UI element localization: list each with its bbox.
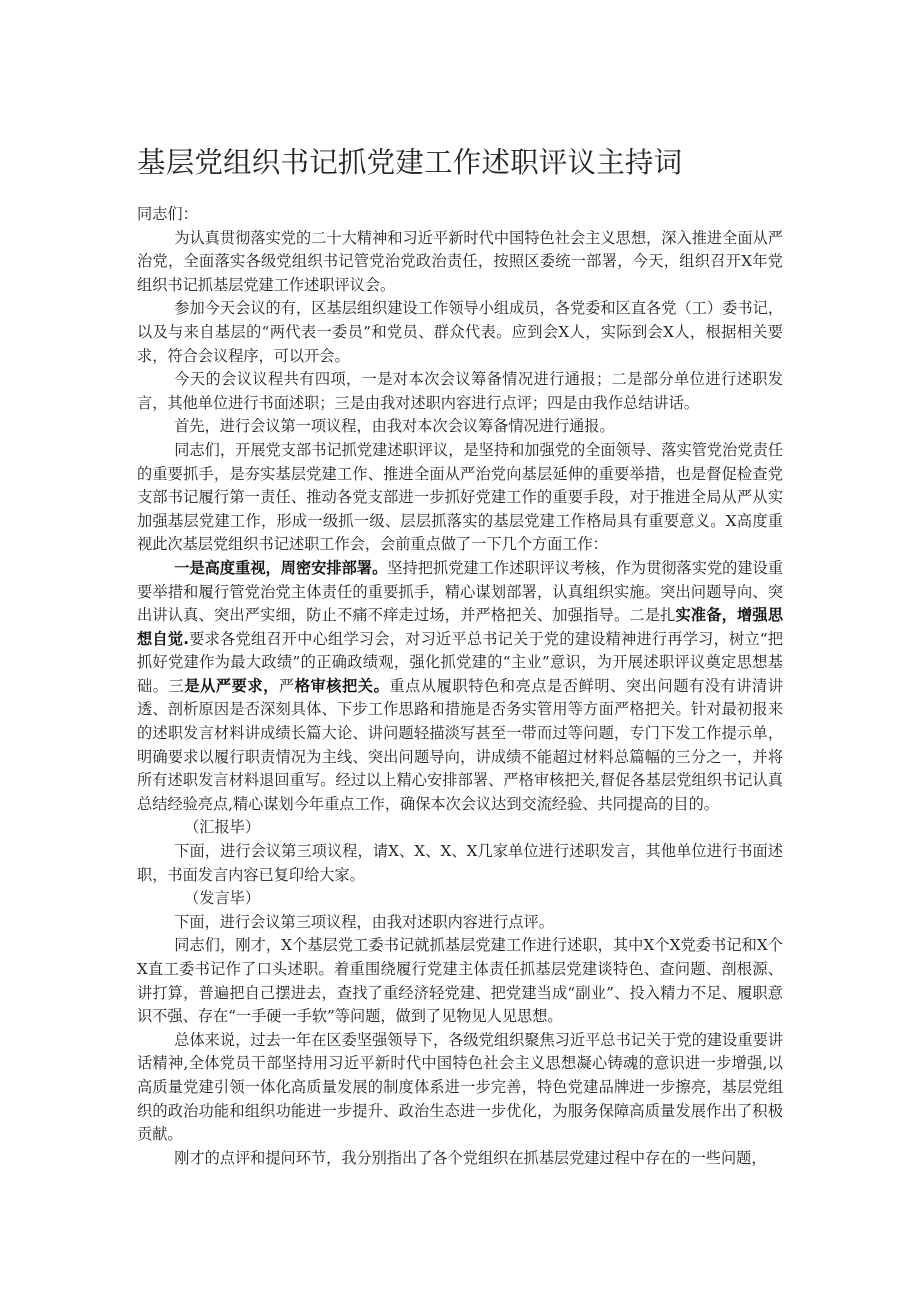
salutation: 同志们：: [137, 203, 783, 227]
paragraph-opening: 为认真贯彻落实党的二十大精神和习近平新时代中国特色社会主义思想，深入推进全面从严…: [137, 227, 783, 298]
note-report-finished: （汇报毕）: [137, 816, 783, 840]
document-page: 基层党组织书记抓党建工作述职评议主持词 同志们： 为认真贯彻落实党的二十大精神和…: [137, 143, 783, 1170]
bold-heading-three-a: 是从严要求，: [184, 677, 279, 695]
paragraph-first-item: 首先，进行会议第一项议程，由我对本次会议筹备情况进行通报。: [137, 415, 783, 439]
paragraph-attendees: 参加今天会议的有，区基层组织建设工作领导小组成员，各党委和区直各党（工）委书记，…: [137, 297, 783, 368]
paragraph-overall: 总体来说，过去一年在区委坚强领导下，各级党组织聚焦习近平总书记关于党的建设重要讲…: [137, 1029, 783, 1147]
preparation-text-three: 严: [279, 677, 295, 695]
paragraph-preparation-work: 一是高度重视，周密安排部署。坚持把抓党建工作述职评议考核，作为贯彻落实党的建设重…: [137, 557, 783, 817]
note-speech-finished: （发言毕）: [137, 887, 783, 911]
paragraph-significance: 同志们，开展党支部书记抓党建述职评议，是坚持和加强党的全面领导、落实管党治党责任…: [137, 439, 783, 557]
paragraph-speeches: 下面，进行会议第三项议程，请X、X、X、X几家单位进行述职发言，其他单位进行书面…: [137, 840, 783, 887]
paragraph-review-summary: 同志们，刚才，X个基层党工委书记就抓基层党建工作进行述职，其中X个X党委书记和X…: [137, 934, 783, 1028]
bold-heading-one: 一是高度重视，周密安排部署。: [174, 559, 387, 577]
paragraph-agenda: 今天的会议议程共有四项，一是对本次会议筹备情况进行通报；二是部分单位进行述职发言…: [137, 368, 783, 415]
preparation-text-four: 重点从履职特色和亮点是否鲜明、突出问题有没有讲清讲透、剖析原因是否深刻具体、下步…: [137, 677, 783, 813]
paragraph-review-item: 下面，进行会议第三项议程，由我对述职内容进行点评。: [137, 911, 783, 935]
document-title: 基层党组织书记抓党建工作述职评议主持词: [137, 143, 783, 183]
bold-heading-three-b: 格审核把关。: [295, 677, 390, 695]
paragraph-comments: 刚才的点评和提问环节，我分别指出了各个党组织在抓基层党建过程中存在的一些问题，: [137, 1147, 783, 1171]
